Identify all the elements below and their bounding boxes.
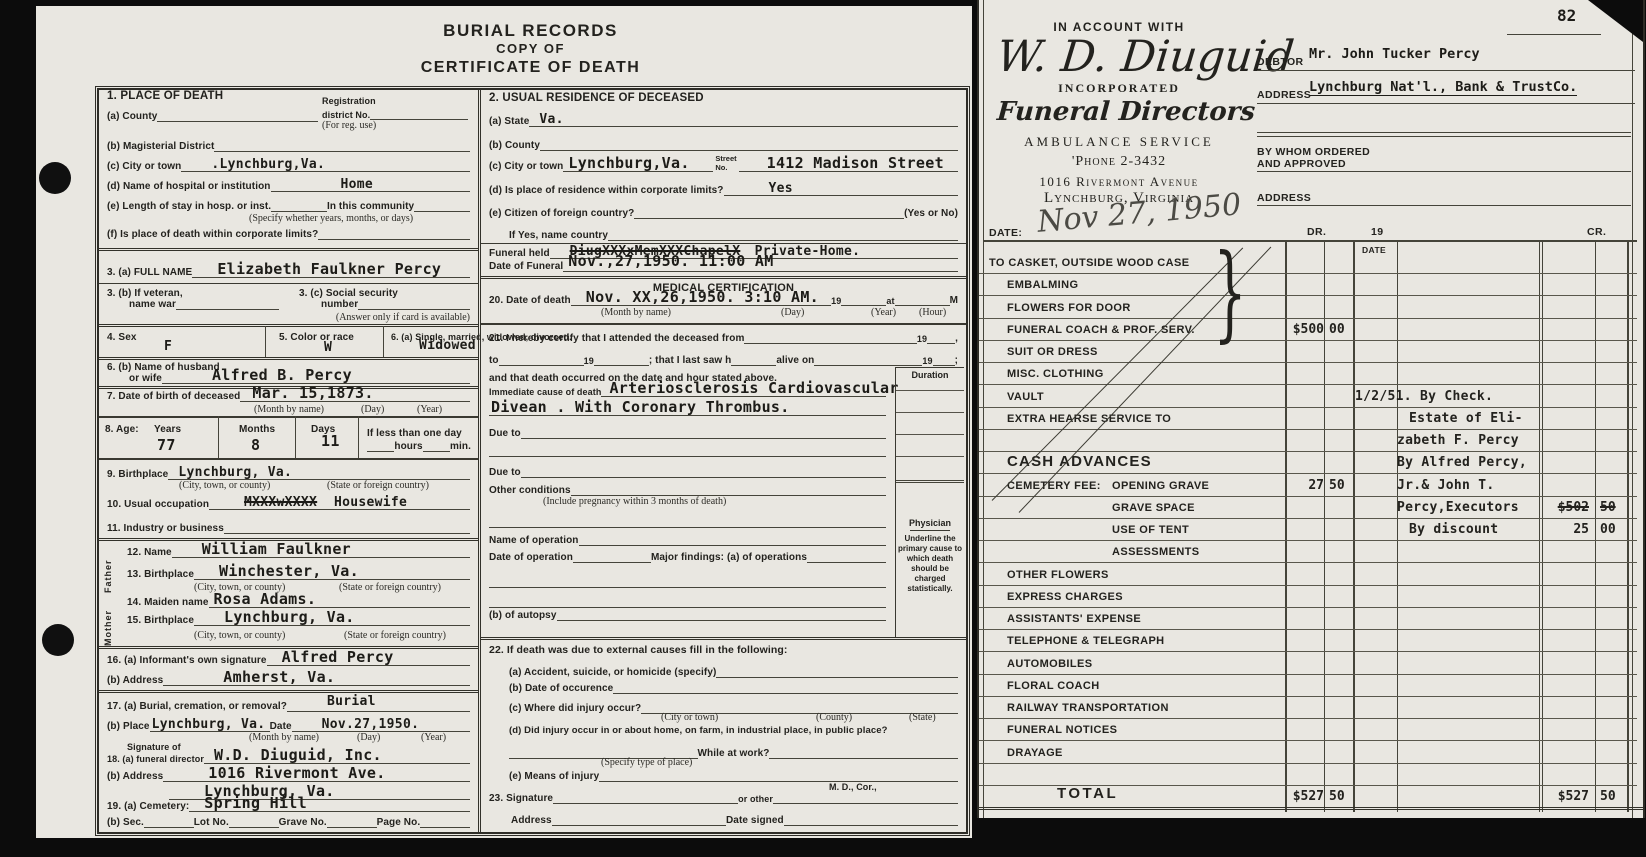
place-label: (b) Place xyxy=(107,721,150,733)
occupation-value: Housewife xyxy=(334,496,407,509)
cemetery-value: Spring Hill xyxy=(204,796,307,811)
injury-place-label: (d) Did injury occur in or about home, o… xyxy=(509,726,888,737)
years-label: Years xyxy=(154,424,181,436)
signature-row: 23. Signatureor other xyxy=(489,790,958,804)
sec-label: (b) Sec. xyxy=(107,817,144,829)
county-label: (b) County xyxy=(489,140,540,152)
city-label: (c) City or town xyxy=(489,161,563,173)
birthplace-label: 9. Birthplace xyxy=(107,469,168,481)
debtor-value: Mr. John Tucker Percy xyxy=(1309,48,1480,62)
blank-line xyxy=(814,352,922,366)
corporate-limits-row: (f) Is place of death within corporate l… xyxy=(107,226,470,240)
cell-divider xyxy=(383,326,384,357)
ledger-item-label: FUNERAL COACH & PROF. SERV. xyxy=(1007,324,1195,336)
blank-line xyxy=(807,549,886,563)
burial-label: 17. (a) Burial, cremation, or removal? xyxy=(107,701,287,713)
city-label: (c) City or town xyxy=(107,161,181,173)
blank-row xyxy=(489,443,886,457)
street-no-label: StreetNo. xyxy=(715,154,736,172)
county-row: (a) County xyxy=(107,108,318,122)
specify-place-note: (Specify type of place) xyxy=(601,757,692,768)
blank-line: Lynchburg, Va. xyxy=(194,612,470,626)
blank-line: Alfred Percy xyxy=(267,652,470,666)
ledger-row: TELEPHONE & TELEGRAPH xyxy=(979,629,1637,652)
divider xyxy=(99,283,478,284)
rule xyxy=(896,390,964,391)
full-name-row: 3. (a) FULL NAMEElizabeth Faulkner Percy xyxy=(107,256,470,278)
blank-line: Lynchburg,Va. xyxy=(563,158,713,172)
other-conditions-label: Other conditions xyxy=(489,485,571,497)
divider xyxy=(99,248,478,251)
burial-value: Burial xyxy=(327,695,376,708)
blank-line xyxy=(176,296,279,310)
ledger-item-label: TOTAL xyxy=(1057,785,1118,802)
sex-label: 4. Sex xyxy=(107,332,137,344)
account-page: 82 IN ACCOUNT WITH W. D. Diuguid INCORPO… xyxy=(977,0,1645,818)
scanned-burial-record: BURIAL RECORDS COPY OF CERTIFICATE OF DE… xyxy=(0,0,1646,857)
alive-on-label: alive on xyxy=(776,355,814,367)
dr-amount-cents: 50 xyxy=(1329,789,1345,804)
hour-note: (Hour) xyxy=(919,307,946,318)
hours-min-row: hoursmin. xyxy=(367,438,471,452)
magisterial-label: (b) Magisterial District xyxy=(107,141,214,153)
credit-note-text: Percy,Executors xyxy=(1397,500,1519,515)
cause-value-line2: Divean . With Coronary Thrombus. xyxy=(491,400,790,415)
ledger-row: CASH ADVANCESBy Alfred Percy, xyxy=(979,451,1637,474)
specify-note: (Specify whether years, months, or days) xyxy=(249,213,413,224)
ledger-row: RAILWAY TRANSPORTATION xyxy=(979,696,1637,719)
sex-color-marital-row: 4. Sex F 5. Color or race W 6. (a) Singl… xyxy=(99,326,478,357)
ledger-row: CEMETERY FEE:OPENING GRAVEJr.& John T.27… xyxy=(979,473,1637,496)
ledger-item-label: EXPRESS CHARGES xyxy=(1007,591,1123,603)
credit-note-text: zabeth F. Percy xyxy=(1397,433,1519,448)
state-label: (a) State xyxy=(489,116,529,128)
hospital-value: Home xyxy=(341,178,374,191)
mother-name-row: 14. Maiden nameRosa Adams. xyxy=(127,594,470,608)
race-value: W xyxy=(324,341,332,357)
ledger-row: TO CASKET, OUTSIDE WOOD CASE xyxy=(979,251,1637,274)
address-label: Address xyxy=(511,815,552,827)
ssn-note: (Answer only if card is available) xyxy=(336,312,470,323)
blank-line: .Lynchburg,Va. xyxy=(181,158,470,172)
duration-label: Duration xyxy=(896,370,964,381)
letterhead: IN ACCOUNT WITH W. D. Diuguid INCORPORAT… xyxy=(997,20,1241,207)
blank-line: 1016 Rivermont Ave. xyxy=(163,768,470,782)
operation-date-row: Date of operationMajor findings: (a) of … xyxy=(489,549,886,563)
race-label: 5. Color or race xyxy=(279,332,354,344)
debtor-label: DEBTOR xyxy=(1257,56,1304,69)
blank-line xyxy=(594,352,649,366)
ledger-item-label: AUTOMOBILES xyxy=(1007,658,1092,670)
cause-row1: Immediate cause of deathArteriosclerosis… xyxy=(489,383,886,397)
cr-amount-cents: 50 xyxy=(1600,789,1616,804)
year-note: (Year) xyxy=(421,732,446,743)
months-label: Months xyxy=(239,424,275,436)
father-name-row: 12. NameWilliam Faulkner xyxy=(127,544,470,558)
ledger-row: SUIT OR DRESS xyxy=(979,340,1637,363)
father-birthplace-row: 13. BirthplaceWinchester, Va. xyxy=(127,566,470,580)
page-subtitle: COPY OF xyxy=(97,41,964,57)
blank-line xyxy=(319,466,470,480)
state-value: Va. xyxy=(539,113,563,126)
occupation-row: 10. Usual occupationMXXXwXXXXHousewife xyxy=(107,496,470,510)
ledger-item-label: FLOWERS FOR DOOR xyxy=(1007,302,1131,314)
blank-line xyxy=(489,574,886,588)
due-to-row2: Due to xyxy=(489,464,886,478)
date-of-death-label: 20. Date of death xyxy=(489,295,571,307)
injury-place-row: (d) Did injury occur in or about home, o… xyxy=(509,725,958,737)
birthplace-row: 9. BirthplaceLynchburg, Va. xyxy=(107,466,470,480)
ledger-item-label: EXTRA HEARSE SERVICE TO xyxy=(1007,413,1171,425)
blank-row xyxy=(489,514,886,528)
blank-line xyxy=(773,790,958,804)
blank-line: MXXXwXXXXHousewife xyxy=(209,496,470,510)
certificate-form: 1. PLACE OF DEATH Registration district … xyxy=(97,88,968,834)
section22-heading: 22. If death was due to external causes … xyxy=(489,644,958,656)
blank-line: Va. xyxy=(529,113,958,127)
state-row: (a) StateVa. xyxy=(489,113,958,127)
ledger-row: AUTOMOBILES xyxy=(979,651,1637,674)
funeral-home-name: W. D. Diuguid xyxy=(995,34,1244,81)
for-reg-use-note: (For reg. use) xyxy=(322,120,468,131)
husband-label-line2: or wife xyxy=(129,373,162,385)
blank-line xyxy=(731,352,776,366)
years-value: 77 xyxy=(157,438,176,458)
punch-hole-icon xyxy=(39,162,71,194)
credit-note-text: Jr.& John T. xyxy=(1397,478,1495,493)
blank-line: Lynchburg, Va. xyxy=(150,718,270,732)
autopsy-label: (b) of autopsy xyxy=(489,610,557,622)
blank-line: W.D. Diuguid, Inc. xyxy=(204,750,470,764)
pregnancy-note: (Include pregnancy within 3 months of de… xyxy=(543,496,726,507)
physician-word: Physician xyxy=(909,518,951,528)
page-number-underline xyxy=(1507,34,1601,35)
informant-row: 16. (a) Informant's own signatureAlfred … xyxy=(107,652,470,666)
blank-line xyxy=(521,464,886,478)
mother-birthplace-label: 15. Birthplace xyxy=(127,615,194,627)
min-label: min. xyxy=(450,441,471,453)
blank-row xyxy=(489,594,886,608)
blank-line: Alfred B. Percy xyxy=(162,370,470,384)
magisterial-row: (b) Magisterial District xyxy=(107,138,470,152)
state-foreign-note: (State or foreign country) xyxy=(327,480,429,491)
blank-line xyxy=(224,520,470,534)
blank-line xyxy=(841,292,886,306)
at-label: at xyxy=(886,296,894,306)
father-side-label: Father xyxy=(103,545,113,593)
ledger-item-label: SUIT OR DRESS xyxy=(1007,346,1098,358)
hours-label: hours xyxy=(394,441,422,453)
stay-label: (e) Length of stay in hosp. or inst. xyxy=(107,201,271,213)
ledger-subitem-label: GRAVE SPACE xyxy=(1112,502,1195,514)
blank-line xyxy=(229,814,279,828)
lot-label: Lot No. xyxy=(194,817,229,829)
month-note: (Month by name) xyxy=(249,732,319,743)
date-of-death-row: 20. Date of deathNov. XX,26,1950. 3:10 A… xyxy=(489,292,958,306)
cause-value-line1: Arteriosclerosis Cardiovascular xyxy=(609,381,898,396)
divider xyxy=(99,357,478,360)
punch-hole-icon xyxy=(42,624,74,656)
ledger-item-label: EMBALMING xyxy=(1007,279,1078,291)
credit-note-text: By Alfred Percy, xyxy=(1397,455,1527,470)
state-note: (State) xyxy=(909,712,936,723)
blank-line xyxy=(157,108,318,122)
blank-line xyxy=(414,198,470,212)
birthdate-label: 7. Date of birth of deceased xyxy=(107,391,240,403)
rule xyxy=(1257,103,1635,104)
blank-line xyxy=(370,106,468,120)
birthdate-value: Mar. 15,1873. xyxy=(252,386,373,401)
blank-line xyxy=(933,352,955,366)
blank-line xyxy=(573,549,651,563)
meridiem-label: M xyxy=(950,295,958,307)
certificate-left-column: 1. PLACE OF DEATH Registration district … xyxy=(99,90,478,832)
rule xyxy=(1257,171,1631,172)
year-note: (Year) xyxy=(871,307,896,318)
ledger-row: FLOWERS FOR DOOR xyxy=(979,295,1637,318)
blank-line: William Faulkner xyxy=(172,544,470,558)
while-at-work-label: While at work? xyxy=(698,748,770,760)
day-note: (Day) xyxy=(781,307,804,318)
certify-row1: 21. I hereby certify that I attended the… xyxy=(489,330,958,344)
ledger-row: ASSESSMENTS xyxy=(979,540,1637,563)
blank-row xyxy=(489,574,886,588)
industry-label: 11. Industry or business xyxy=(107,523,224,535)
ambulance-service-label: AMBULANCE SERVICE xyxy=(997,134,1241,150)
credit-note-text: 1/2/51. By Check. xyxy=(1355,389,1493,404)
blank-line xyxy=(927,330,955,344)
ledger-row: EXPRESS CHARGES xyxy=(979,585,1637,608)
ledger-bottom-rule xyxy=(979,807,1643,810)
cell-divider xyxy=(358,416,359,458)
veteran-war-row: name war xyxy=(129,296,279,310)
cell-divider xyxy=(218,416,219,458)
means-of-injury-label: (e) Means of injury xyxy=(509,771,599,783)
due-to-label: Due to xyxy=(489,428,521,440)
cemetery-row: 19. (a) Cemetery:Spring Hill xyxy=(107,798,470,812)
means-of-injury-row: (e) Means of injury xyxy=(509,768,958,782)
blank-line xyxy=(552,812,726,826)
double-rule xyxy=(1257,132,1631,137)
rule xyxy=(896,480,964,483)
year19-label: 19 xyxy=(584,356,594,366)
divider xyxy=(481,323,966,325)
city-county-note: (City, town, or county) xyxy=(194,630,285,641)
blank-line xyxy=(489,443,886,457)
incorporated-label: INCORPORATED xyxy=(997,81,1241,96)
name-war-label: name war xyxy=(129,299,176,311)
ledger-item-label: VAULT xyxy=(1007,391,1044,403)
ledger-item-label: RAILWAY TRANSPORTATION xyxy=(1007,702,1169,714)
physician-label: Physician xyxy=(897,518,963,529)
age-row: 8. Age: Years 77 Months 8 Days 11 If les… xyxy=(99,416,478,458)
cr-amount-cents: 50 xyxy=(1600,500,1616,515)
occupation-struck-value: MXXXwXXXX xyxy=(244,496,317,509)
dr-column-label: DR. xyxy=(1307,226,1326,239)
due-to-row1: Due to xyxy=(489,425,886,439)
blank-line: Yes xyxy=(724,182,959,196)
month-note: (Month by name) xyxy=(601,307,671,318)
rule xyxy=(910,530,950,531)
cell-divider xyxy=(265,326,266,357)
semicolon: ; xyxy=(955,355,958,367)
blank-line xyxy=(608,227,958,241)
or-other-label: or other xyxy=(738,794,773,804)
occurrence-date-row: (b) Date of occurence xyxy=(509,680,958,694)
director-label-line2: 18. (a) funeral director xyxy=(107,754,204,764)
dr-amount-cents: 50 xyxy=(1329,478,1345,493)
page-no-label: Page No. xyxy=(377,817,421,829)
funeral-directors-label: Funeral Directors xyxy=(996,96,1242,130)
marital-value: Widowed xyxy=(419,339,476,357)
certificate-page: BURIAL RECORDS COPY OF CERTIFICATE OF DE… xyxy=(36,6,972,838)
birthdate-row: 7. Date of birth of deceasedMar. 15,1873… xyxy=(107,388,470,402)
page-subtitle2: CERTIFICATE OF DEATH xyxy=(97,58,964,77)
ledger-row xyxy=(979,763,1637,786)
blank-line xyxy=(423,438,450,452)
cemetery-label: 19. (a) Cemetery: xyxy=(107,801,189,813)
cr-column-label: CR. xyxy=(1587,226,1606,239)
informant-value: Alfred Percy xyxy=(282,650,394,665)
blank-line xyxy=(318,226,470,240)
year-column-label: 19 xyxy=(1371,226,1383,239)
blank-line xyxy=(144,814,194,828)
blank-line xyxy=(271,198,327,212)
cr-amount-dollars: 25 xyxy=(1537,522,1589,537)
operation-name-row: Name of operation xyxy=(489,532,886,546)
informant-label: 16. (a) Informant's own signature xyxy=(107,655,267,667)
phone-number: 'Phone 2-3432 xyxy=(997,154,1241,170)
days-value: 11 xyxy=(321,434,340,458)
stay-row: (e) Length of stay in hosp. or inst.In t… xyxy=(107,198,470,212)
res-corporate-label: (d) Is place of residence within corpora… xyxy=(489,185,724,197)
divider xyxy=(99,690,478,693)
cause-row2: Divean . With Coronary Thrombus. xyxy=(489,402,886,416)
ledger-row: ASSISTANTS' EXPENSE xyxy=(979,607,1637,630)
father-name-label: 12. Name xyxy=(127,547,172,559)
accident-label: (a) Accident, suicide, or homicide (spec… xyxy=(509,667,716,679)
blank-line: Elizabeth Faulkner Percy xyxy=(192,264,470,278)
husband-value: Alfred B. Percy xyxy=(212,368,352,383)
certificate-header: BURIAL RECORDS COPY OF CERTIFICATE OF DE… xyxy=(97,20,964,77)
page-number: 82 xyxy=(1557,8,1576,24)
blank-line: Mar. 15,1873. xyxy=(240,388,470,402)
operation-name-label: Name of operation xyxy=(489,535,579,547)
divider xyxy=(481,637,966,640)
ledger-item-label: ASSISTANTS' EXPENSE xyxy=(1007,613,1141,625)
community-label: In this community xyxy=(327,201,414,213)
informant-address-value: Amherst, Va. xyxy=(223,670,335,685)
signature-label: 23. Signature xyxy=(489,793,553,805)
hospital-row: (d) Name of hospital or institutionHome xyxy=(107,178,470,192)
certify-row2: to19; that I last saw halive on19; xyxy=(489,352,958,366)
if-yes-row: If Yes, name country xyxy=(509,227,958,241)
section-lot-row: (b) Sec.Lot No.Grave No.Page No. xyxy=(107,814,470,828)
father-name-value: William Faulkner xyxy=(202,542,351,557)
rule xyxy=(896,456,964,457)
credit-note-text: By discount xyxy=(1409,522,1498,537)
age-label: 8. Age: xyxy=(105,424,139,436)
occurrence-date-label: (b) Date of occurence xyxy=(509,683,613,695)
blank-line xyxy=(769,745,958,759)
street-value: 1412 Madison Street xyxy=(767,156,944,171)
citizen-label: (e) Citizen of foreign country? xyxy=(489,208,634,220)
city-row: (c) City or town.Lynchburg,Va. xyxy=(107,158,470,172)
burial-place-value: Lynchburg, Va. xyxy=(152,718,266,731)
blank-line xyxy=(499,352,584,366)
cr-amount-dollars: $502 xyxy=(1537,500,1589,515)
maiden-name-value: Rosa Adams. xyxy=(214,592,317,607)
grouping-brace: } xyxy=(1214,246,1247,340)
ssn-number-row: number xyxy=(321,296,470,310)
blank-line: Nov.27,1950. xyxy=(292,718,470,732)
blank-line: Rosa Adams. xyxy=(209,594,470,608)
number-label: number xyxy=(321,299,358,311)
ledger-total-row: TOTAL$52750$52750 xyxy=(979,785,1637,808)
ledger-row: EMBALMING xyxy=(979,273,1637,296)
ledger-subitem-label: USE OF TENT xyxy=(1112,524,1189,536)
res-city-row: (c) City or townLynchburg,Va.StreetNo.14… xyxy=(489,158,958,172)
second-address-label: ADDRESS xyxy=(1257,192,1311,205)
blank-line xyxy=(784,812,958,826)
father-birthplace-label: 13. Birthplace xyxy=(127,569,194,581)
ledger-subitem-label: OPENING GRAVE xyxy=(1112,480,1209,492)
major-findings-label: Major findings: (a) of operations xyxy=(651,552,807,564)
section2-heading: 2. USUAL RESIDENCE OF DECEASED xyxy=(489,92,958,105)
ledger-row: FLORAL COACH xyxy=(979,674,1637,697)
occupation-label: 10. Usual occupation xyxy=(107,499,209,511)
state-foreign-note: (State or foreign country) xyxy=(344,630,446,641)
residence-heading: 2. USUAL RESIDENCE OF DECEASED xyxy=(489,92,704,105)
ledger-row: GRAVE SPACEPercy,Executors$50250 xyxy=(979,496,1637,519)
ledger-row: MISC. CLOTHING xyxy=(979,362,1637,385)
mother-side-label: Mother xyxy=(103,594,113,646)
blank-line xyxy=(599,768,958,782)
divider xyxy=(99,458,478,460)
funeral-date-label: Date of Funeral xyxy=(489,261,563,273)
ledger-row: FUNERAL NOTICES xyxy=(979,718,1637,741)
date-label: DATE: xyxy=(989,227,1022,240)
blank-line: Amherst, Va. xyxy=(163,672,470,686)
day-note: (Day) xyxy=(361,404,384,415)
ledger-item-label: DRAYAGE xyxy=(1007,747,1063,759)
due-to-label: Due to xyxy=(489,467,521,479)
ledger-item-label: TO CASKET, OUTSIDE WOOD CASE xyxy=(989,257,1189,269)
director-address-value: 1016 Rivermont Ave. xyxy=(208,766,385,781)
sex-value: F xyxy=(164,340,172,357)
ledger-item-label: CEMETERY FEE: xyxy=(1007,480,1101,492)
duration-box: Duration Physician Underline the primary… xyxy=(895,367,964,638)
address-label: (b) Address xyxy=(107,771,163,783)
no-label: No. xyxy=(715,163,736,172)
last-saw-label: ; that I last saw h xyxy=(649,355,731,367)
city-county-note: (City, town, or county) xyxy=(179,480,270,491)
county-label: (a) County xyxy=(107,111,157,123)
director-address-row: (b) Address1016 Rivermont Ave. xyxy=(107,768,470,782)
credit-note-text: Estate of Eli- xyxy=(1409,411,1523,426)
cause-label: Immediate cause of death xyxy=(489,387,601,397)
dr-amount-dollars: 27 xyxy=(1282,478,1324,493)
operation-date-label: Date of operation xyxy=(489,552,573,564)
year19-label: 19 xyxy=(917,334,927,344)
blank-line: Nov. XX,26,1950. 3:10 AM. xyxy=(571,292,831,306)
blank-line: Home xyxy=(271,178,471,192)
cr-amount-dollars: $527 xyxy=(1537,789,1589,804)
blank-line xyxy=(716,664,958,678)
date-signed-label: Date signed xyxy=(726,815,784,827)
blank-line: Divean . With Coronary Thrombus. xyxy=(489,402,886,416)
blank-line xyxy=(571,482,886,496)
